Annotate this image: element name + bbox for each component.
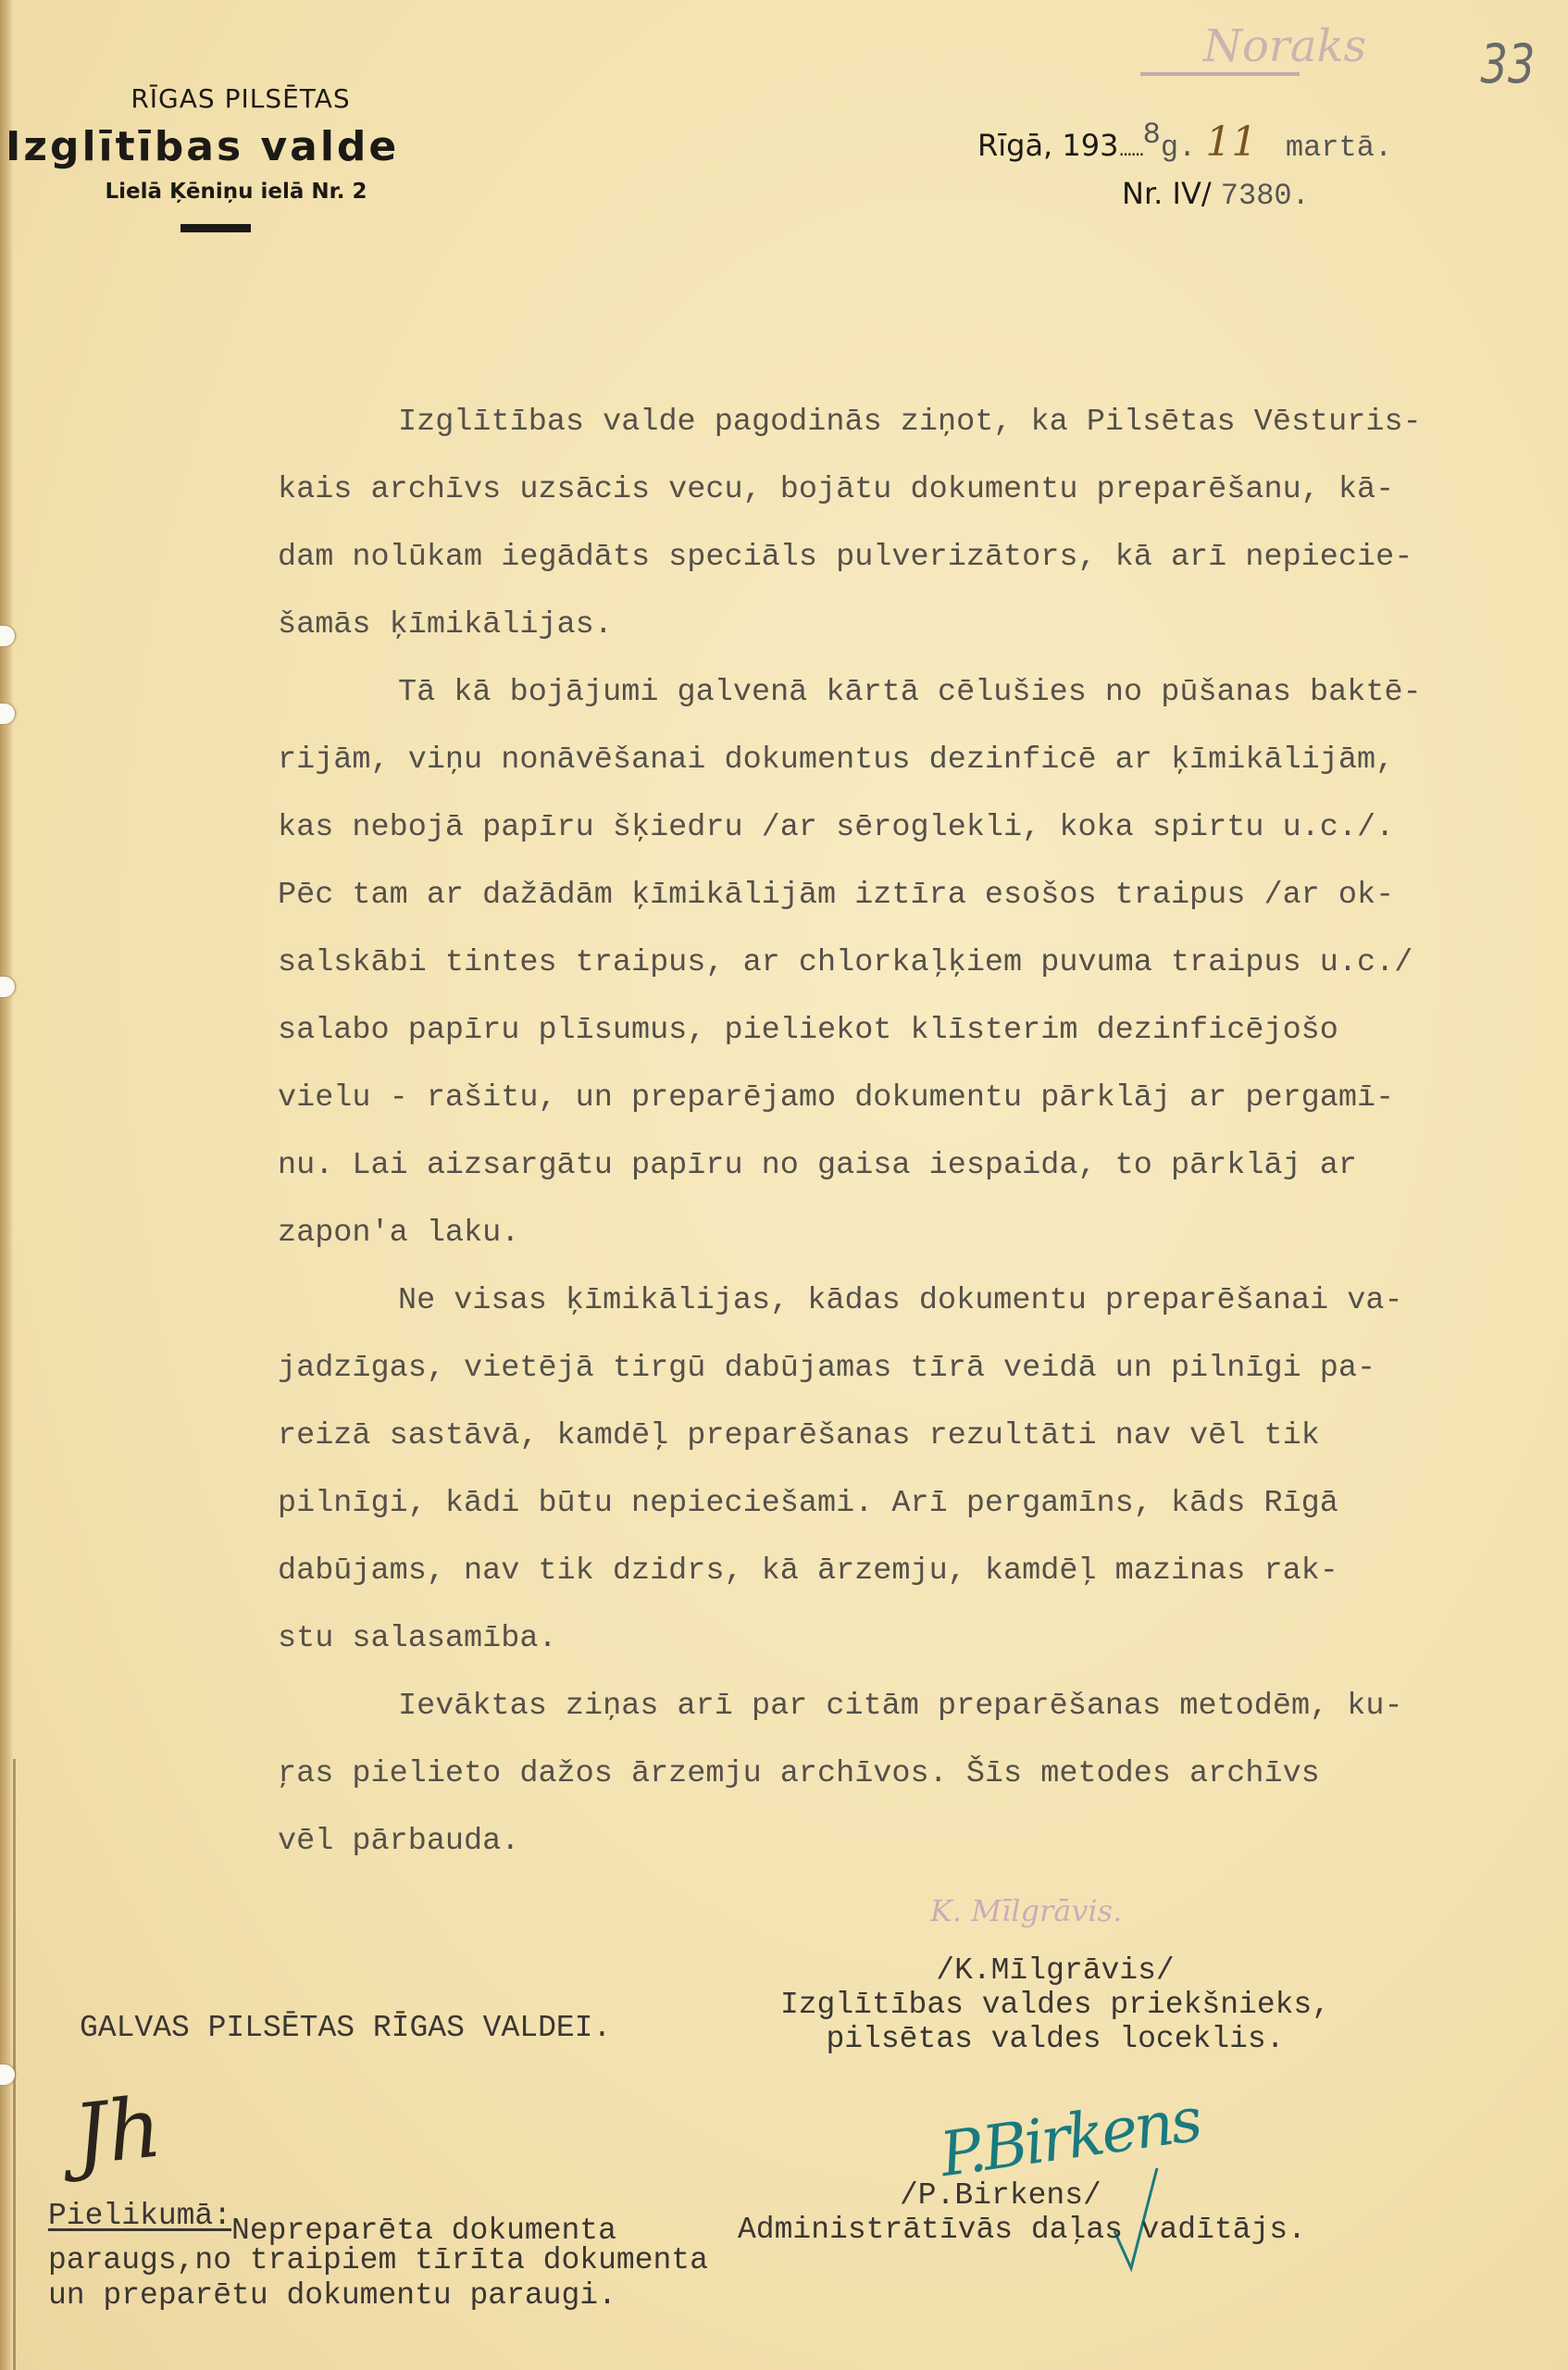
body-line: reizā sastāvā, kamdēļ preparēšanas rezul… (278, 1403, 1537, 1470)
letterhead-city: RĪGAS PILSĒTAS (37, 83, 444, 114)
body-line: zapon'a laku. (278, 1200, 1537, 1267)
signer2-name: /P.Birkens/ (900, 2178, 1101, 2213)
body-line: šamās ķīmikālijas. (278, 592, 1537, 659)
handwritten-initials: Jh (69, 2078, 167, 2184)
body-line: Izglītības valde pagodinās ziņot, ka Pil… (278, 389, 1537, 456)
body-line: kas nebojā papīru šķiedru /ar sērogleklі… (278, 794, 1537, 862)
page-number: 33 (1480, 32, 1535, 95)
date-place: Rīgā, 193 (977, 128, 1118, 163)
enclosure-line-1: Nepreparēta dokumenta (231, 2214, 616, 2248)
name-stamp: K. Mīlgrāvis. (930, 1893, 1122, 1928)
date-dots: ...... (1118, 138, 1142, 160)
signer1-name: /K.Mīlgrāvis/ (731, 1953, 1379, 1988)
enclosure-note: Pielikumā:Nepreparēta dokumenta paraugs,… (48, 2199, 708, 2314)
body-line: nu. Lai aizsargātu papīru no gaisa iespa… (278, 1132, 1537, 1200)
body-line: vēl pārbauda. (278, 1808, 1537, 1876)
date-year-suffix: g. (1161, 131, 1196, 165)
body-line: dabūjams, nav tik dzidrs, kā ārzemju, ka… (278, 1538, 1537, 1605)
letterhead-department: Izglītības valde (0, 123, 444, 170)
body-line: ŗas pielieto dažos ārzemju archīvos. Šīs… (278, 1740, 1537, 1808)
body-line: vielu - rašitu, un preparējamo dokumentu… (278, 1065, 1537, 1132)
date-month: martā. (1286, 131, 1392, 165)
binding-crease (13, 1759, 16, 2370)
body-line: salabo papīru plīsumus, pieliekot klīste… (278, 997, 1537, 1065)
addressee: GALVAS PILSĒTAS RĪGAS VALDEI. (80, 2011, 611, 2045)
binding-edge (0, 0, 13, 2370)
body-line: rijām, viņu nonāvēšanai dokumentus dezin… (278, 727, 1537, 794)
date-year-digit: 8 (1143, 118, 1161, 152)
date-day: 11 (1205, 118, 1257, 166)
enclosure-line-3: un preparētu dokumentu paraugi. (48, 2278, 708, 2314)
document-page: RĪGAS PILSĒTAS Izglītības valde Lielā Ķē… (0, 0, 1568, 2370)
body-line: pilnīgi, kādi būtu nepieciešami. Arī per… (278, 1470, 1537, 1538)
body-line: dam nolūkam iegādāts speciāls pulverizāt… (278, 524, 1537, 592)
body-line: Ievāktas ziņas arī par citām preparēšana… (278, 1673, 1537, 1740)
letterhead-address: Lielā Ķēniņu ielā Nr. 2 (28, 180, 444, 204)
signer1-title-2: pilsētas valdes loceklis. (731, 2022, 1379, 2056)
letter-body: Izglītības valde pagodinās ziņot, ka Pil… (278, 389, 1537, 1876)
enclosure-line-2: paraugs,no traipiem tīrīta dokumenta (48, 2243, 708, 2278)
dateline: Rīgā, 193......8g. 11 martā. (977, 118, 1392, 166)
copy-stamp-underline (1140, 72, 1300, 76)
body-line: Tā kā bojājumi galvenā kārtā cēlušies no… (278, 659, 1537, 727)
enclosure-label: Pielikumā: (48, 2199, 231, 2233)
letterhead-rule (180, 224, 251, 232)
ref-number: 7380. (1221, 179, 1310, 213)
signer2-title: Administrātīvās daļas vadītājs. (738, 2213, 1306, 2247)
signer1-title-1: Izglītības valdes priekšnieks, (731, 1988, 1379, 2022)
letterhead: RĪGAS PILSĒTAS Izglītības valde Lielā Ķē… (0, 83, 444, 232)
body-line: kais archīvs uzsācis vecu, bojātu dokume… (278, 456, 1537, 524)
body-line: Ne visas ķīmikālijas, kādas dokumentu pr… (278, 1267, 1537, 1335)
ref-prefix: Nr. IV/ (1122, 176, 1212, 211)
reference-number: Nr. IV/ 7380. (1122, 176, 1310, 213)
body-line: jadzīgas, vietējā tirgū dabūjamas tīrā v… (278, 1335, 1537, 1403)
copy-stamp: Noraks (1203, 20, 1366, 72)
body-line: salskābi tintes traipus, ar chlorkaļķiem… (278, 929, 1537, 997)
body-line: stu salasamība. (278, 1605, 1537, 1673)
body-line: Pēc tam ar dažādām ķīmikālijām iztīra es… (278, 862, 1537, 929)
signature-block-primary: /K.Mīlgrāvis/ Izglītības valdes priekšni… (731, 1953, 1379, 2056)
